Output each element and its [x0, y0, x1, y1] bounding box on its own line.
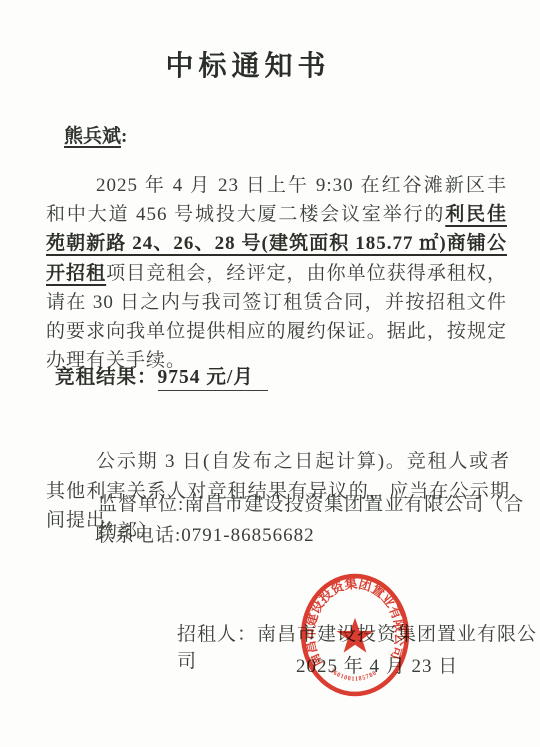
lessor-label: 招租人： [177, 624, 257, 645]
document-title: 中标通知书 [0, 44, 518, 84]
contact-phone-line: 联系电话:0791-86856682 [95, 520, 315, 547]
recipient-colon: : [121, 126, 127, 147]
official-seal-stamp: 南昌市建设投资集团置业有限公司 3601081185780 [299, 572, 411, 698]
bid-result-value: 9754 元/月 [158, 367, 268, 391]
star-icon [337, 618, 374, 653]
bid-result-line: 竞租结果：9754 元/月 [55, 366, 268, 390]
award-paragraph-tail: 项目竞租会，经评定，由你单位获得承租权，请在 30 日之内与我司签订租赁合同，并… [46, 263, 507, 372]
award-paragraph-lead: 2025 年 4 月 23 日上午 9:30 在红谷滩新区丰和中大道 456 号… [46, 175, 507, 225]
svg-text:3601081185780: 3601081185780 [329, 667, 379, 682]
recipient-line: 熊兵斌: [64, 121, 127, 148]
recipient-name: 熊兵斌 [64, 126, 121, 147]
award-notice-document: 中标通知书 熊兵斌: 2025 年 4 月 23 日上午 9:30 在红谷滩新区… [0, 0, 540, 747]
seal-serial-number: 3601081185780 [329, 667, 379, 682]
bid-result-label: 竞租结果： [55, 367, 158, 388]
award-paragraph: 2025 年 4 月 23 日上午 9:30 在红谷滩新区丰和中大道 456 号… [46, 171, 507, 375]
